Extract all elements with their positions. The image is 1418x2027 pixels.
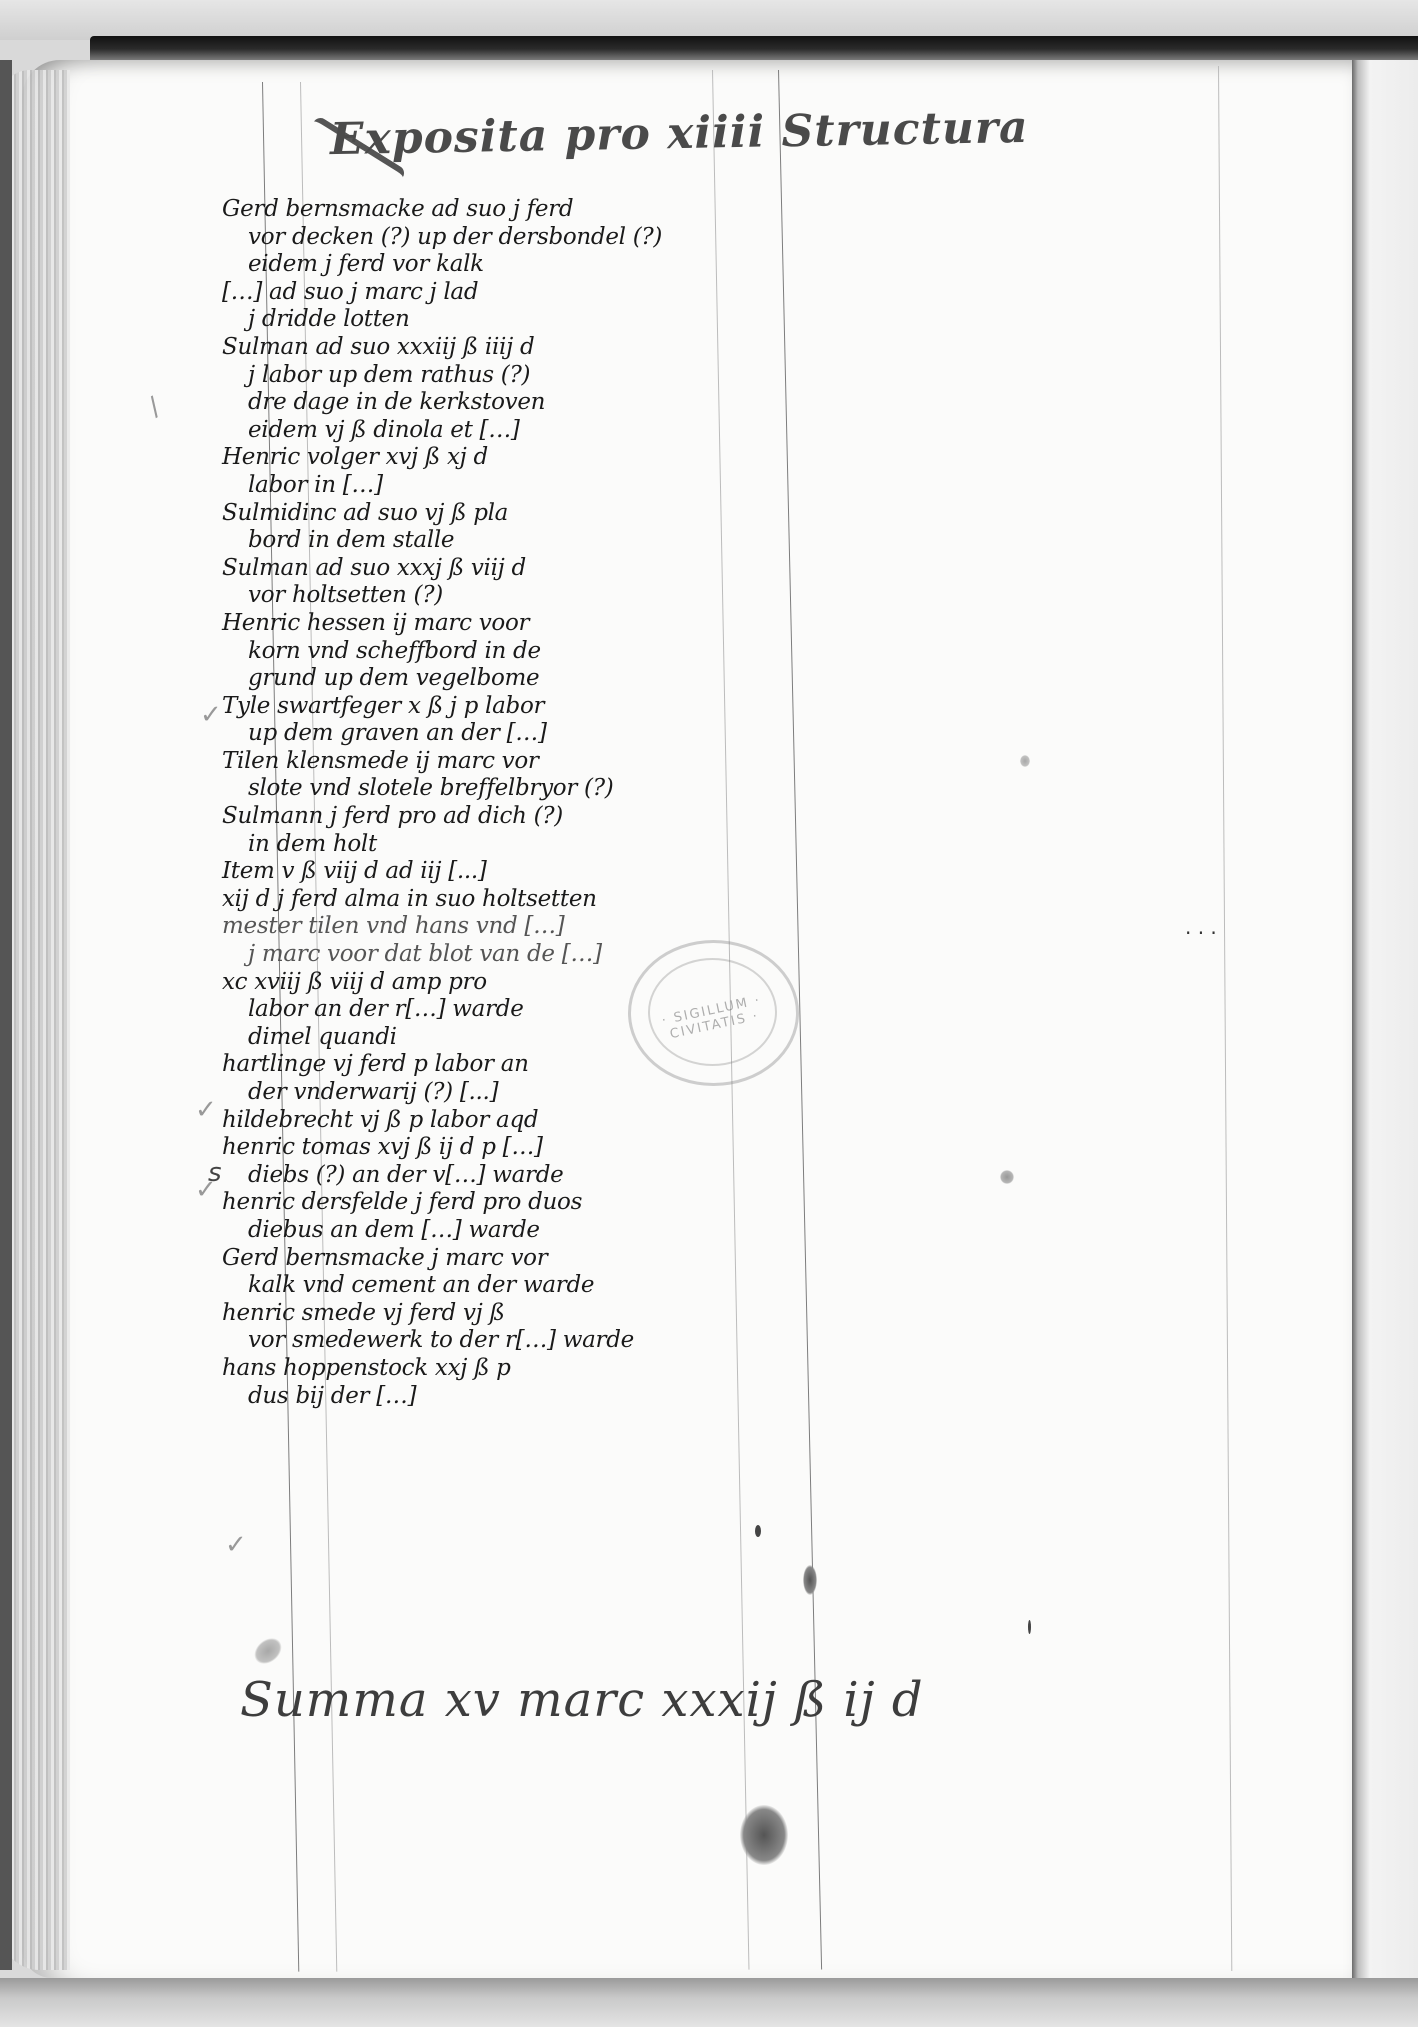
ink-blot: [740, 1805, 788, 1865]
margin-mark-check: ✓: [200, 700, 222, 730]
account-entry-line: j dridde lotten: [222, 306, 842, 334]
account-entry-line: vor smedewerk to der r[…] warde: [222, 1327, 842, 1355]
account-entry-line: der vnderwarij (?) [...]: [222, 1079, 842, 1107]
account-entry-line: Sulmidinc ad suo vj ß pla: [222, 500, 842, 528]
account-entry-line: Henric volger xvj ß xj d: [222, 444, 842, 472]
account-entry-line: Sulman ad suo xxxiij ß iiij d: [222, 334, 842, 362]
ink-speck: [1028, 1620, 1031, 1634]
scan-bottom-background: [0, 1978, 1418, 2027]
account-entry-line: hildebrecht vj ß p labor aqd: [222, 1107, 842, 1135]
account-entry-line: Gerd bernsmacke ad suo j ferd: [222, 196, 842, 224]
account-entry-line: dre dage in de kerkstoven: [222, 389, 842, 417]
ink-speck: [755, 1525, 761, 1537]
account-entry-line: Henric hessen ij marc voor: [222, 610, 842, 638]
right-margin-dots: . . .: [1185, 915, 1217, 939]
scan-top-background: [0, 0, 1418, 40]
account-entry-line: Gerd bernsmacke j marc vor: [222, 1245, 842, 1273]
account-entry-line: henric dersfelde j ferd pro duos: [222, 1189, 842, 1217]
account-entry-line: vor decken (?) up der dersbondel (?): [222, 224, 842, 252]
account-entry-line: […] ad suo j marc j lad: [222, 279, 842, 307]
margin-mark-check: ✓: [195, 1095, 217, 1125]
account-entry-line: Item v ß viij d ad iij [...]: [222, 858, 842, 886]
account-entry-line: kalk vnd cement an der warde: [222, 1272, 842, 1300]
summa-total: Summa xv marc xxxij ß ij d: [240, 1672, 924, 1728]
account-entry-line: dus bij der […]: [222, 1383, 842, 1411]
adjacent-page-edge: [1352, 60, 1418, 1978]
account-entry-line: vor holtsetten (?): [222, 582, 842, 610]
account-entry-line: henric smede vj ferd vj ß: [222, 1300, 842, 1328]
account-entry-line: labor in […]: [222, 472, 842, 500]
ink-blot-small: [1000, 1170, 1014, 1184]
account-entry-line: diebus an dem […] warde: [222, 1217, 842, 1245]
account-entry-line: j labor up dem rathus (?): [222, 362, 842, 390]
account-entry-line: korn vnd scheffbord in de: [222, 638, 842, 666]
ink-blot-small: [803, 1565, 817, 1595]
account-entry-line: slote vnd slotele breffelbryor (?): [222, 775, 842, 803]
account-entry-line: henric tomas xvj ß ij d p […]: [222, 1134, 842, 1162]
account-entry-line: bord in dem stalle: [222, 527, 842, 555]
account-entry-line: hans hoppenstock xxj ß p: [222, 1355, 842, 1383]
margin-mark-check: ✓: [225, 1530, 247, 1560]
account-entry-line: eidem vj ß dinola et […]: [222, 417, 842, 445]
margin-mark-s: s: [208, 1158, 222, 1188]
account-entry-line: grund up dem vegelbome: [222, 665, 842, 693]
account-entry-line: Sulmann j ferd pro ad dich (?): [222, 803, 842, 831]
ink-blot-small: [1020, 755, 1030, 767]
account-entry-line: xij d j ferd alma in suo holtsetten: [222, 886, 842, 914]
account-entries: Gerd bernsmacke ad suo j ferdvor decken …: [222, 196, 842, 1410]
account-entry-line: Tyle swartfeger x ß j p labor: [222, 693, 842, 721]
binding-shadow: [0, 60, 12, 1970]
account-entry-line: in dem holt: [222, 831, 842, 859]
account-entry-line: Tilen klensmede ij marc vor: [222, 748, 842, 776]
account-entry-line: up dem graven an der […]: [222, 720, 842, 748]
account-entry-line: mester tilen vnd hans vnd […]: [222, 913, 842, 941]
account-entry-line: Sulman ad suo xxxj ß viij d: [222, 555, 842, 583]
account-entry-line: eidem j ferd vor kalk: [222, 251, 842, 279]
account-entry-line: diebs (?) an der v[…] warde: [222, 1162, 842, 1190]
